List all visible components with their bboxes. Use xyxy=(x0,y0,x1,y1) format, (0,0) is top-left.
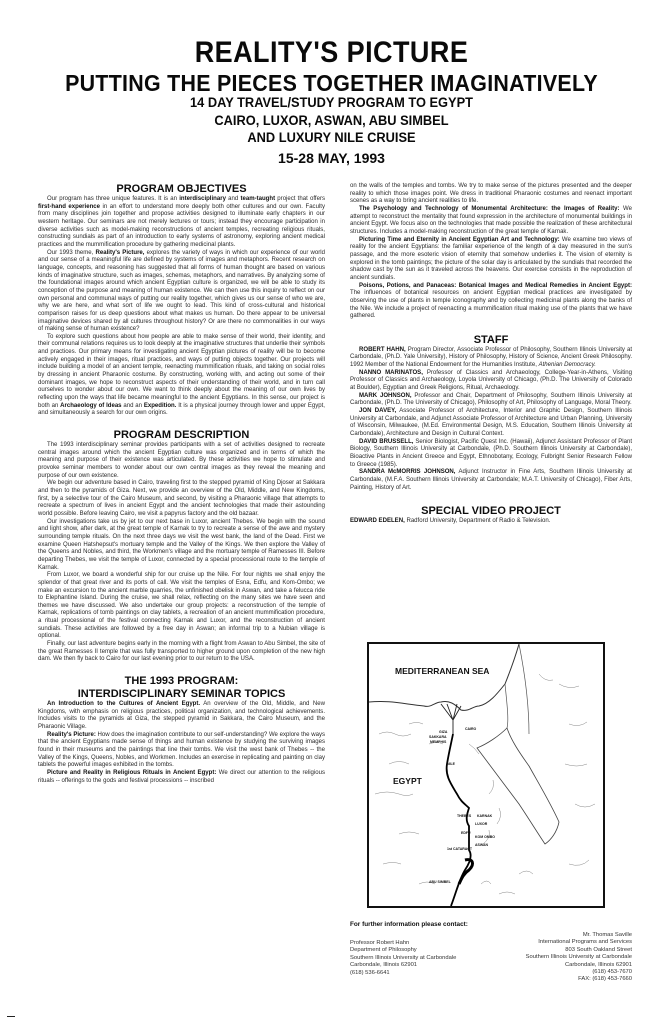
contact-name: Professor Robert Hahn xyxy=(350,940,456,947)
contact-heading: For further information please contact: xyxy=(350,921,468,928)
objectives-paragraph-2: Our 1993 theme, Reality's Picture, explo… xyxy=(38,250,325,334)
description-paragraph-1: The 1993 interdisciplinary seminar provi… xyxy=(38,442,325,480)
map-label-place: 1st CATARACT xyxy=(447,847,472,851)
contact-phone: (618) 453-7670 xyxy=(526,969,632,976)
staff-member: ROBERT HAHN, Program Director, Associate… xyxy=(350,347,632,370)
video-heading: SPECIAL VIDEO PROJECT xyxy=(350,505,632,518)
map-label-place: SAKKARA xyxy=(429,735,447,739)
contact-right: Mr. Thomas Saville International Program… xyxy=(526,932,632,984)
map-illustration xyxy=(369,644,603,906)
right-column: on the walls of the temples and tombs. W… xyxy=(350,183,632,526)
staff-member: SANDRA McMORRIS JOHNSON, Adjunct Instruc… xyxy=(350,469,632,492)
contact-street: 803 South Oakland Street xyxy=(526,947,632,954)
map-label-place: ABU SIMBEL xyxy=(429,880,451,884)
description-paragraph-3: Our investigations take us by jet to our… xyxy=(38,519,325,573)
page-mark xyxy=(7,1016,15,1017)
page-subtitle: PUTTING THE PIECES TOGETHER IMAGINATIVEL… xyxy=(23,70,640,97)
map-label-place: GIZA xyxy=(439,730,447,734)
map-label-place: THEBES xyxy=(457,814,471,818)
program-line-2: CAIRO, LUXOR, ASWAN, ABU SIMBEL xyxy=(17,113,647,128)
objectives-paragraph-1: Our program has three unique features. I… xyxy=(38,196,325,250)
objectives-heading: PROGRAM OBJECTIVES xyxy=(38,183,325,196)
program-line-3: AND LUXURY NILE CRUISE xyxy=(17,130,647,145)
map-label-place: KOM OMBO xyxy=(475,835,495,839)
contact-city: Carbondale, Illinois 62901 xyxy=(350,962,456,969)
program-line-1: 14 DAY TRAVEL/STUDY PROGRAM TO EGYPT xyxy=(17,95,647,110)
description-heading: PROGRAM DESCRIPTION xyxy=(38,429,325,442)
contact-dept: International Programs and Services xyxy=(526,939,632,946)
topics-heading-2: INTERDISCIPLINARY SEMINAR TOPICS xyxy=(38,688,325,701)
map-label-place: NILE xyxy=(447,762,455,766)
map-label-place: LUXOR xyxy=(475,822,487,826)
contact-university: Southern Illinois University at Carbonda… xyxy=(526,954,632,961)
map-label-place: MEMPHIS xyxy=(430,740,446,744)
left-column: PROGRAM OBJECTIVES Our program has three… xyxy=(38,183,325,785)
description-paragraph-2: We begin our adventure based in Cairo, t… xyxy=(38,480,325,518)
staff-member: MARK JOHNSON, Professor and Chair, Depar… xyxy=(350,393,632,408)
program-dates: 15-28 MAY, 1993 xyxy=(0,150,663,166)
topic-item: Reality's Picture: How does the imaginat… xyxy=(38,732,325,770)
page-title: REALITY'S PICTURE xyxy=(33,36,630,70)
staff-heading: STAFF xyxy=(350,334,632,347)
staff-member: JON DAVEY, Associate Professor of Archit… xyxy=(350,408,632,439)
contact-left: Professor Robert Hahn Department of Phil… xyxy=(350,940,456,977)
map-label-place: EDFU xyxy=(461,831,471,835)
map-label-sea: MEDITERRANEAN SEA xyxy=(395,666,489,676)
contact-dept: Department of Philosophy xyxy=(350,947,456,954)
egypt-map: MEDITERRANEAN SEA EGYPT CAIRO GIZA SAKKA… xyxy=(367,642,605,908)
map-label-country: EGYPT xyxy=(393,776,422,786)
description-paragraph-4: From Luxor, we board a wonderful ship fo… xyxy=(38,572,325,641)
description-paragraph-5: Finally, our last adventure begins early… xyxy=(38,641,325,664)
topic-item-continued: on the walls of the temples and tombs. W… xyxy=(350,183,632,206)
topic-item: The Psychology and Technology of Monumen… xyxy=(350,206,632,237)
staff-member: DAVID BRUSSELL, Senior Biologist, Pacifi… xyxy=(350,439,632,470)
contact-phone: (618) 536-6641 xyxy=(350,970,456,977)
topic-item: Poisons, Potions, and Panaceas: Botanica… xyxy=(350,283,632,321)
map-label-place: ASWAN xyxy=(475,843,488,847)
staff-member: NANNO MARINATOS, Professor of Classics a… xyxy=(350,370,632,393)
map-label-place: CAIRO xyxy=(465,727,476,731)
topic-item: Picturing Time and Eternity in Ancient E… xyxy=(350,237,632,283)
contact-city: Carbondale, Illinois 62901 xyxy=(526,962,632,969)
topic-item: Picture and Reality in Religious Rituals… xyxy=(38,770,325,785)
topic-item: An Introduction to the Cultures of Ancie… xyxy=(38,701,325,732)
video-credit: EDWARD EDELEN, Radford University, Depar… xyxy=(350,518,632,526)
contact-fax: FAX: (618) 453-7660 xyxy=(526,976,632,983)
topics-heading-1: THE 1993 PROGRAM: xyxy=(38,675,325,688)
contact-name: Mr. Thomas Saville xyxy=(526,932,632,939)
map-label-place: KARNAK xyxy=(477,814,492,818)
objectives-paragraph-3: To explore such questions about how peop… xyxy=(38,334,325,418)
contact-university: Southern Illinois University at Carbonda… xyxy=(350,955,456,962)
